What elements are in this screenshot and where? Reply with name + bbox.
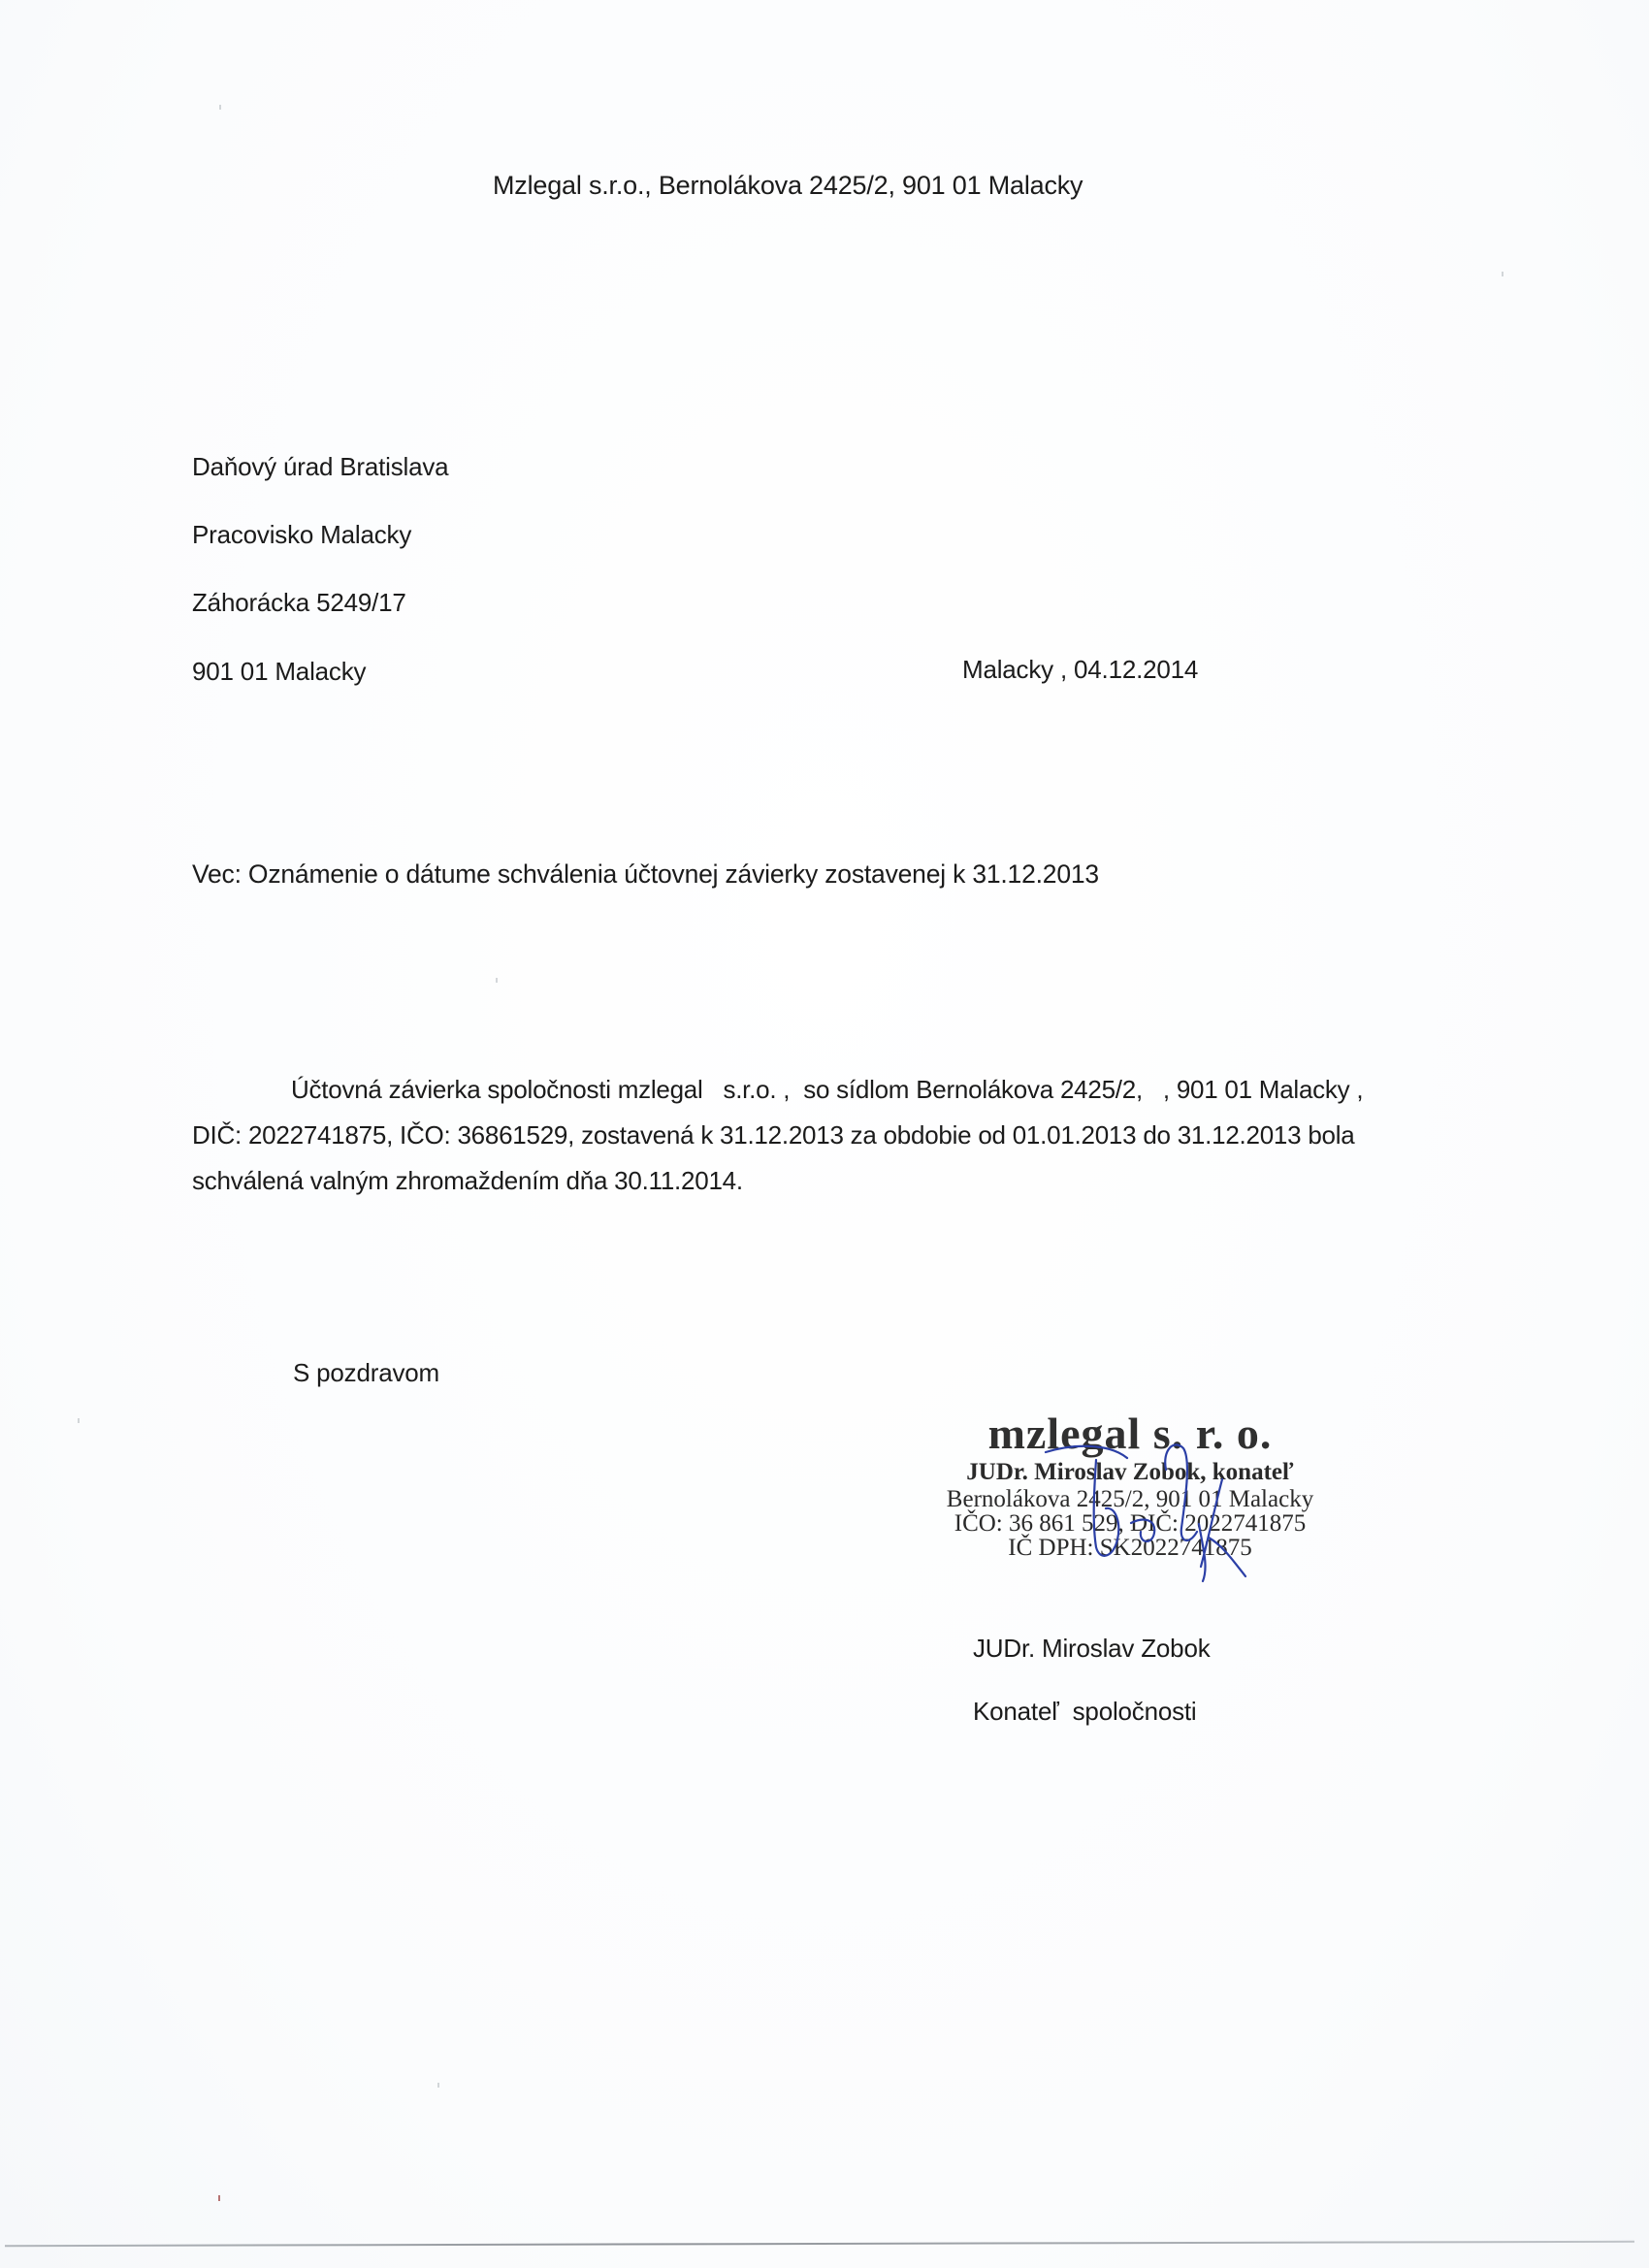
recipient-line: Záhorácka 5249/17 xyxy=(192,590,406,615)
scan-bottom-edge xyxy=(5,2241,1634,2247)
scanned-letter-page: Mzlegal s.r.o., Bernolákova 2425/2, 901 … xyxy=(0,0,1649,2268)
scan-speck xyxy=(1502,272,1503,276)
signatory-role: Konateľ spoločnosti xyxy=(973,1699,1197,1724)
stamp-person: JUDr. Miroslav Zobok, konateľ xyxy=(912,1458,1348,1487)
signatory-name: JUDr. Miroslav Zobok xyxy=(973,1636,1211,1661)
stamp-address: Bernolákova 2425/2, 901 01 Malacky xyxy=(912,1487,1348,1511)
scan-speck xyxy=(437,2083,439,2088)
scan-speck xyxy=(219,105,221,110)
closing-greeting: S pozdravom xyxy=(293,1360,439,1385)
recipient-line: Daňový úrad Bratislava xyxy=(192,454,448,479)
body-paragraph: Účtovná závierka spoločnosti mzlegal s.r… xyxy=(192,1067,1405,1204)
stamp-ids: IČO: 36 861 529, DIČ: 2022741875 xyxy=(912,1511,1348,1536)
stamp-vat: IČ DPH: SK2022741875 xyxy=(912,1536,1348,1560)
scan-speck xyxy=(218,2195,220,2201)
recipient-line: Pracovisko Malacky xyxy=(192,522,411,547)
sender-header: Mzlegal s.r.o., Bernolákova 2425/2, 901 … xyxy=(493,173,1083,199)
recipient-line: 901 01 Malacky xyxy=(192,659,366,684)
company-stamp: mzlegal s. r. o. JUDr. Miroslav Zobok, k… xyxy=(912,1411,1348,1560)
scan-speck xyxy=(78,1418,80,1423)
place-and-date: Malacky , 04.12.2014 xyxy=(962,657,1198,682)
stamp-company-name: mzlegal s. r. o. xyxy=(912,1411,1348,1456)
subject-line: Vec: Oznámenie o dátume schválenia účtov… xyxy=(192,861,1099,888)
scan-speck xyxy=(496,978,498,983)
